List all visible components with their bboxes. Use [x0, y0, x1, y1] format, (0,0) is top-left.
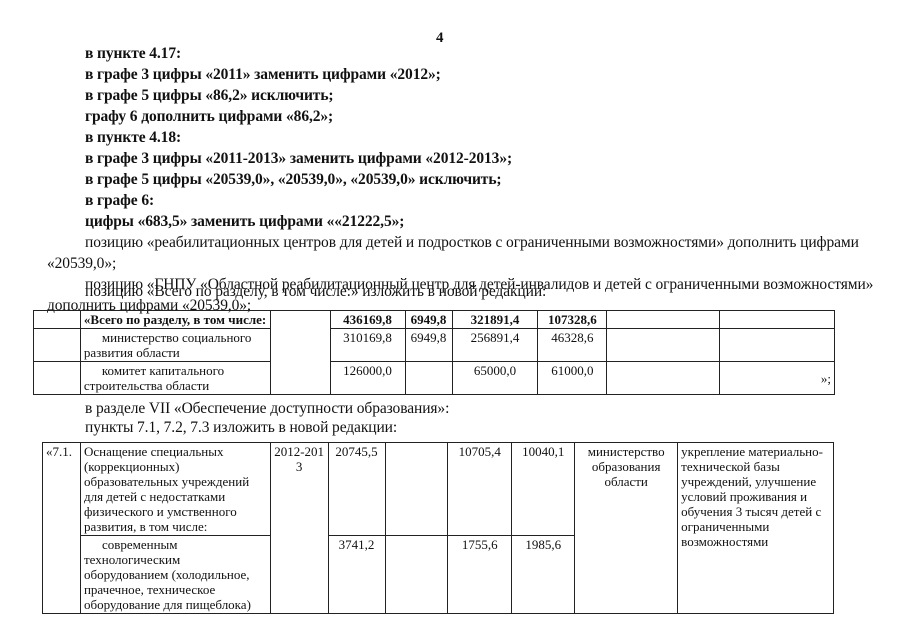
paragraph: в графе 5 цифры «20539,0», «20539,0», «2…	[85, 171, 501, 189]
paragraph: в пункте 4.17:	[85, 45, 181, 63]
executor: министерство образования области	[575, 443, 678, 614]
measure-7-1-table: «7.1. Оснащение специальных (коррекционн…	[42, 442, 834, 614]
table-row: комитет капитального строительства облас…	[34, 362, 835, 395]
years: 2012-2013	[270, 443, 328, 614]
row-name: министерство социального развития област…	[80, 329, 270, 362]
item-number: «7.1.	[43, 443, 81, 614]
paragraph: в графе 5 цифры «86,2» исключить;	[85, 87, 333, 105]
paragraph: в графе 3 цифры «2011» заменить цифрами …	[85, 66, 441, 84]
expected-result: укрепление материально-технической базы …	[678, 443, 834, 614]
paragraph: позицию «Всего по разделу, в том числе:»…	[85, 283, 546, 301]
row-name: комитет капитального строительства облас…	[80, 362, 270, 395]
paragraph: графу 6 дополнить цифрами «86,2»;	[85, 108, 333, 126]
row-name: «Всего по разделу, в том числе:	[80, 311, 270, 329]
page-number: 4	[436, 30, 444, 47]
paragraph: позицию «реабилитационных центров для де…	[85, 234, 840, 252]
paragraph: в пункте 4.18:	[85, 129, 181, 147]
paragraph: цифры «683,5» заменить цифрами ««21222,5…	[85, 213, 404, 231]
paragraph: в графе 3 цифры «2011-2013» заменить циф…	[85, 150, 512, 168]
row-name: Оснащение специальных (коррекционных) об…	[80, 443, 270, 536]
table-row: «Всего по разделу, в том числе: 436169,8…	[34, 311, 835, 329]
table-row: «7.1. Оснащение специальных (коррекционн…	[43, 443, 834, 536]
table-row: министерство социального развития област…	[34, 329, 835, 362]
row-name: современным технологическим оборудование…	[80, 536, 270, 614]
paragraph: в графе 6:	[85, 192, 154, 210]
paragraph: в разделе VII «Обеспечение доступности о…	[85, 400, 449, 418]
section-total-table: «Всего по разделу, в том числе: 436169,8…	[33, 310, 835, 395]
paragraph: «20539,0»;	[47, 255, 116, 273]
paragraph: пункты 7.1, 7.2, 7.3 изложить в новой ре…	[85, 419, 397, 437]
